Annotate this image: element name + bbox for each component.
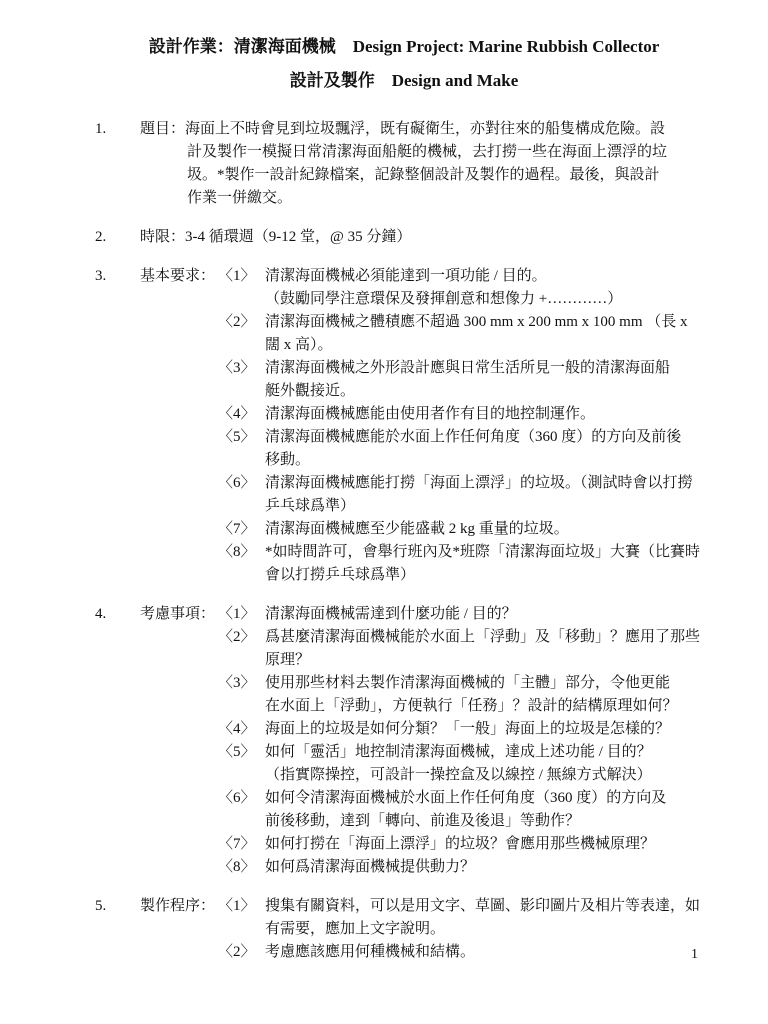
item-marker: 〈7〉 [218,518,265,541]
doc-line: 原理？ [265,649,713,672]
sub-item: 〈2〉 考慮應該應用何種機械和結構。 [218,941,713,964]
doc-line: 如何「靈活」地控制清潔海面機械，達成上述功能 / 目的？ [265,741,713,764]
sub-item: 〈1〉 清潔海面機械需達到什麼功能 / 目的？ [218,603,713,626]
sub-item: 〈4〉 海面上的垃圾是如何分類？「一般」海面上的垃圾是怎樣的？ [218,718,713,741]
sub-item-text: 清潔海面機械應能由使用者作有目的地控制運作。 [265,403,713,426]
item-marker: 〈1〉 [218,895,265,941]
section-number: 5. [95,895,140,964]
item-marker: 〈4〉 [218,718,265,741]
document-page: 設計作業：清潔海面機械 Design Project: Marine Rubbi… [0,0,768,1024]
item-marker: 〈8〉 [218,856,265,879]
doc-line: 時限：3-4 循環週（9-12 堂，@ 35 分鐘） [140,226,713,249]
sub-item: 〈3〉 使用那些材料去製作清潔海面機械的「主體」部分，令他更能 在水面上「浮動」… [218,672,713,718]
sub-item-text: 如何打撈在「海面上漂浮」的垃圾？會應用那些機械原理？ [265,833,713,856]
sub-item: 〈8〉 *如時間許可，會舉行班內及*班際「清潔海面垃圾」大賽（比賽時 會以打撈乒… [218,541,713,587]
doc-line: 圾。*製作一設計紀錄檔案，記錄整個設計及製作的過程。最後，與設計 [140,164,713,187]
sub-item-text: *如時間許可，會舉行班內及*班際「清潔海面垃圾」大賽（比賽時 會以打撈乒乓球爲準… [265,541,713,587]
sub-item: 〈6〉 清潔海面機械應能打撈「海面上漂浮」的垃圾。（測試時會以打撈 乒乓球爲準） [218,472,713,518]
doc-line: *如時間許可，會舉行班內及*班際「清潔海面垃圾」大賽（比賽時 [265,541,713,564]
doc-line: 計及製作一模擬日常清潔海面船艇的機械，去打撈一些在海面上漂浮的垃 [140,141,713,164]
doc-line: 爲甚麼清潔海面機械能於水面上「浮動」及「移動」？應用了那些 [265,626,713,649]
section-row: 基本要求： 〈1〉 清潔海面機械必須能達到一項功能 / 目的。 （鼓勵同學注意環… [140,265,713,587]
doc-line: 使用那些材料去製作清潔海面機械的「主體」部分，令他更能 [265,672,713,695]
doc-line: 題目：海面上不時會見到垃圾飄浮，既有礙衛生，亦對往來的船隻構成危險。設 [140,118,713,141]
sub-item: 〈3〉 清潔海面機械之外形設計應與日常生活所見一般的清潔海面船 艇外觀接近。 [218,357,713,403]
section-label: 時限： [140,229,185,245]
sub-item: 〈1〉 清潔海面機械必須能達到一項功能 / 目的。 （鼓勵同學注意環保及發揮創意… [218,265,713,311]
sub-item: 〈5〉 如何「靈活」地控制清潔海面機械，達成上述功能 / 目的？ （指實際操控，… [218,741,713,787]
item-marker: 〈1〉 [218,265,265,311]
sub-item: 〈6〉 如何令清潔海面機械於水面上作任何角度（360 度）的方向及 前後移動，達… [218,787,713,833]
section-row: 製作程序： 〈1〉 搜集有關資料，可以是用文字、草圖、影印圖片及相片等表達，如 … [140,895,713,964]
item-marker: 〈5〉 [218,426,265,472]
doc-line: 清潔海面機械之體積應不超過 300 mm x 200 mm x 100 mm （… [265,311,713,334]
sub-item-text: 清潔海面機械應至少能盛載 2 kg 重量的垃圾。 [265,518,713,541]
section-5: 5. 製作程序： 〈1〉 搜集有關資料，可以是用文字、草圖、影印圖片及相片等表達… [95,895,713,964]
section-label: 製作程序： [140,895,218,964]
section-body: 時限：3-4 循環週（9-12 堂，@ 35 分鐘） [140,226,713,249]
sub-item: 〈5〉 清潔海面機械應能於水面上作任何角度（360 度）的方向及前後 移動。 [218,426,713,472]
sub-item: 〈4〉 清潔海面機械應能由使用者作有目的地控制運作。 [218,403,713,426]
section-number: 1. [95,118,140,210]
doc-line: 艇外觀接近。 [265,380,713,403]
section-label: 題目： [140,121,185,137]
doc-text: 3-4 循環週（9-12 堂，@ 35 分鐘） [185,229,411,245]
item-marker: 〈6〉 [218,472,265,518]
doc-line: 考慮應該應用何種機械和結構。 [265,941,713,964]
item-marker: 〈3〉 [218,672,265,718]
item-marker: 〈7〉 [218,833,265,856]
item-marker: 〈2〉 [218,311,265,357]
doc-line: 清潔海面機械應至少能盛載 2 kg 重量的垃圾。 [265,518,713,541]
item-marker: 〈5〉 [218,741,265,787]
sub-item-list: 〈1〉 清潔海面機械需達到什麼功能 / 目的？ 〈2〉 爲甚麼清潔海面機械能於水… [218,603,713,879]
item-marker: 〈6〉 [218,787,265,833]
section-4: 4. 考慮事項： 〈1〉 清潔海面機械需達到什麼功能 / 目的？ 〈2〉 [95,603,713,879]
sub-item-text: 清潔海面機械應能於水面上作任何角度（360 度）的方向及前後 移動。 [265,426,713,472]
section-number: 4. [95,603,140,879]
section-1: 1. 題目：海面上不時會見到垃圾飄浮，既有礙衛生，亦對往來的船隻構成危險。設 計… [95,118,713,210]
doc-line: 海面上的垃圾是如何分類？「一般」海面上的垃圾是怎樣的？ [265,718,713,741]
sub-item-text: 如何「靈活」地控制清潔海面機械，達成上述功能 / 目的？ （指實際操控，可設計一… [265,741,713,787]
section-body: 基本要求： 〈1〉 清潔海面機械必須能達到一項功能 / 目的。 （鼓勵同學注意環… [140,265,713,587]
item-marker: 〈3〉 [218,357,265,403]
sub-item-text: 清潔海面機械需達到什麼功能 / 目的？ [265,603,713,626]
item-marker: 〈4〉 [218,403,265,426]
section-body: 考慮事項： 〈1〉 清潔海面機械需達到什麼功能 / 目的？ 〈2〉 爲甚麼清潔海… [140,603,713,879]
item-marker: 〈2〉 [218,626,265,672]
sub-item-list: 〈1〉 搜集有關資料，可以是用文字、草圖、影印圖片及相片等表達，如 有需要，應加… [218,895,713,964]
sub-item-list: 〈1〉 清潔海面機械必須能達到一項功能 / 目的。 （鼓勵同學注意環保及發揮創意… [218,265,713,587]
doc-line: 搜集有關資料，可以是用文字、草圖、影印圖片及相片等表達，如 [265,895,713,918]
sub-item: 〈7〉 清潔海面機械應至少能盛載 2 kg 重量的垃圾。 [218,518,713,541]
doc-text: 海面上不時會見到垃圾飄浮，既有礙衛生，亦對往來的船隻構成危險。設 [185,121,665,137]
doc-line: 清潔海面機械之外形設計應與日常生活所見一般的清潔海面船 [265,357,713,380]
sub-item-text: 海面上的垃圾是如何分類？「一般」海面上的垃圾是怎樣的？ [265,718,713,741]
sub-item-text: 清潔海面機械之體積應不超過 300 mm x 200 mm x 100 mm （… [265,311,713,357]
doc-line: 清潔海面機械應能打撈「海面上漂浮」的垃圾。（測試時會以打撈 [265,472,713,495]
sub-item: 〈8〉 如何爲清潔海面機械提供動力？ [218,856,713,879]
section-2: 2. 時限：3-4 循環週（9-12 堂，@ 35 分鐘） [95,226,713,249]
item-marker: 〈8〉 [218,541,265,587]
doc-line: 清潔海面機械應能於水面上作任何角度（360 度）的方向及前後 [265,426,713,449]
doc-line: 作業一併繳交。 [140,187,713,210]
sub-item-text: 清潔海面機械之外形設計應與日常生活所見一般的清潔海面船 艇外觀接近。 [265,357,713,403]
doc-line: 清潔海面機械需達到什麼功能 / 目的？ [265,603,713,626]
sub-item-text: 搜集有關資料，可以是用文字、草圖、影印圖片及相片等表達，如 有需要，應加上文字說… [265,895,713,941]
doc-line: （指實際操控，可設計一操控盒及以線控 / 無線方式解決） [265,764,713,787]
sub-item-text: 爲甚麼清潔海面機械能於水面上「浮動」及「移動」？應用了那些 原理？ [265,626,713,672]
item-marker: 〈2〉 [218,941,265,964]
section-number: 3. [95,265,140,587]
section-body: 題目：海面上不時會見到垃圾飄浮，既有礙衛生，亦對往來的船隻構成危險。設 計及製作… [140,118,713,210]
sub-item-text: 如何令清潔海面機械於水面上作任何角度（360 度）的方向及 前後移動，達到「轉向… [265,787,713,833]
doc-line: 如何爲清潔海面機械提供動力？ [265,856,713,879]
doc-line: 有需要，應加上文字說明。 [265,918,713,941]
doc-line: （鼓勵同學注意環保及發揮創意和想像力 +…………） [265,288,713,311]
doc-line: 闊 x 高）。 [265,334,713,357]
sub-item-text: 清潔海面機械必須能達到一項功能 / 目的。 （鼓勵同學注意環保及發揮創意和想像力… [265,265,713,311]
sub-item-text: 如何爲清潔海面機械提供動力？ [265,856,713,879]
doc-line: 如何打撈在「海面上漂浮」的垃圾？會應用那些機械原理？ [265,833,713,856]
doc-line: 如何令清潔海面機械於水面上作任何角度（360 度）的方向及 [265,787,713,810]
sub-item: 〈7〉 如何打撈在「海面上漂浮」的垃圾？會應用那些機械原理？ [218,833,713,856]
section-3: 3. 基本要求： 〈1〉 清潔海面機械必須能達到一項功能 / 目的。 （鼓勵同學… [95,265,713,587]
doc-title-line-2: 設計及製作 Design and Make [95,64,713,98]
sub-item: 〈1〉 搜集有關資料，可以是用文字、草圖、影印圖片及相片等表達，如 有需要，應加… [218,895,713,941]
page-number: 1 [691,946,698,964]
doc-line: 清潔海面機械應能由使用者作有目的地控制運作。 [265,403,713,426]
doc-line: 清潔海面機械必須能達到一項功能 / 目的。 [265,265,713,288]
section-number: 2. [95,226,140,249]
sub-item: 〈2〉 清潔海面機械之體積應不超過 300 mm x 200 mm x 100 … [218,311,713,357]
sub-item-text: 清潔海面機械應能打撈「海面上漂浮」的垃圾。（測試時會以打撈 乒乓球爲準） [265,472,713,518]
document-title-block: 設計作業：清潔海面機械 Design Project: Marine Rubbi… [95,30,713,98]
doc-line: 前後移動，達到「轉向、前進及後退」等動作？ [265,810,713,833]
sub-item: 〈2〉 爲甚麼清潔海面機械能於水面上「浮動」及「移動」？應用了那些 原理？ [218,626,713,672]
item-marker: 〈1〉 [218,603,265,626]
section-label: 考慮事項： [140,603,218,879]
doc-line: 乒乓球爲準） [265,495,713,518]
section-body: 製作程序： 〈1〉 搜集有關資料，可以是用文字、草圖、影印圖片及相片等表達，如 … [140,895,713,964]
sub-item-text: 使用那些材料去製作清潔海面機械的「主體」部分，令他更能 在水面上「浮動」，方便執… [265,672,713,718]
doc-title-line-1: 設計作業：清潔海面機械 Design Project: Marine Rubbi… [95,30,713,64]
section-row: 考慮事項： 〈1〉 清潔海面機械需達到什麼功能 / 目的？ 〈2〉 爲甚麼清潔海… [140,603,713,879]
sub-item-text: 考慮應該應用何種機械和結構。 [265,941,713,964]
doc-line: 移動。 [265,449,713,472]
section-label: 基本要求： [140,265,218,587]
document-content: 設計作業：清潔海面機械 Design Project: Marine Rubbi… [95,30,713,964]
doc-line: 在水面上「浮動」，方便執行「任務」？設計的結構原理如何？ [265,695,713,718]
doc-line: 會以打撈乒乓球爲準） [265,564,713,587]
